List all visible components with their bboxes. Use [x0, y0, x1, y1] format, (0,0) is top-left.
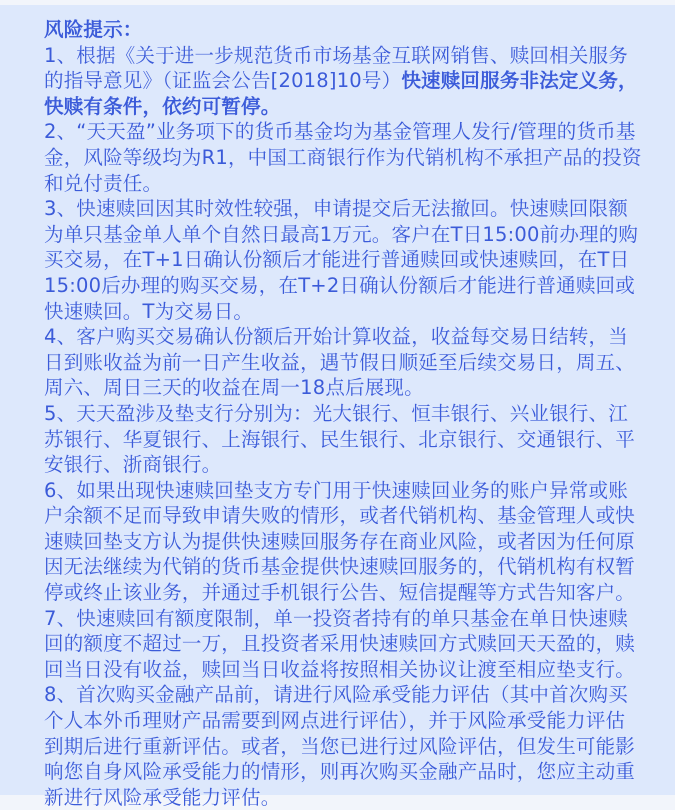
risk-notice-title: 风险提示： — [44, 17, 644, 43]
risk-item-5: 5、天天盈涉及垫支行分别为：光大银行、恒丰银行、兴业银行、江苏银行、华夏银行、上… — [44, 401, 644, 478]
risk-item-3: 3、快速赎回因其时效性较强，申请提交后无法撤回。快速赎回限额为单只基金单人单个自… — [44, 196, 644, 324]
risk-item-4: 4、客户购买交易确认份额后开始计算收益，收益每交易日结转，当日到账收益为前一日产… — [44, 324, 644, 401]
risk-notice-panel: 风险提示： 1、根据《关于进一步规范货币市场基金互联网销售、赎回相关服务的指导意… — [0, 5, 675, 795]
risk-item-2: 2、“天天盈”业务项下的货币基金均为基金管理人发行/管理的货币基金，风险等级均为… — [44, 119, 644, 196]
risk-item-1: 1、根据《关于进一步规范货币市场基金互联网销售、赎回相关服务的指导意见》（证监会… — [44, 43, 644, 120]
risk-item-8: 8、首次购买金融产品前，请进行风险承受能力评估（其中首次购买个人本外币理财产品需… — [44, 682, 644, 795]
risk-item-6: 6、如果出现快速赎回垫支方专门用于快速赎回业务的账户异常或账户余额不足而导致申请… — [44, 478, 644, 606]
risk-item-7: 7、快速赎回有额度限制，单一投资者持有的单只基金在单日快速赎回的额度不超过一万，… — [44, 606, 644, 683]
risk-notice-content: 风险提示： 1、根据《关于进一步规范货币市场基金互联网销售、赎回相关服务的指导意… — [44, 17, 644, 795]
